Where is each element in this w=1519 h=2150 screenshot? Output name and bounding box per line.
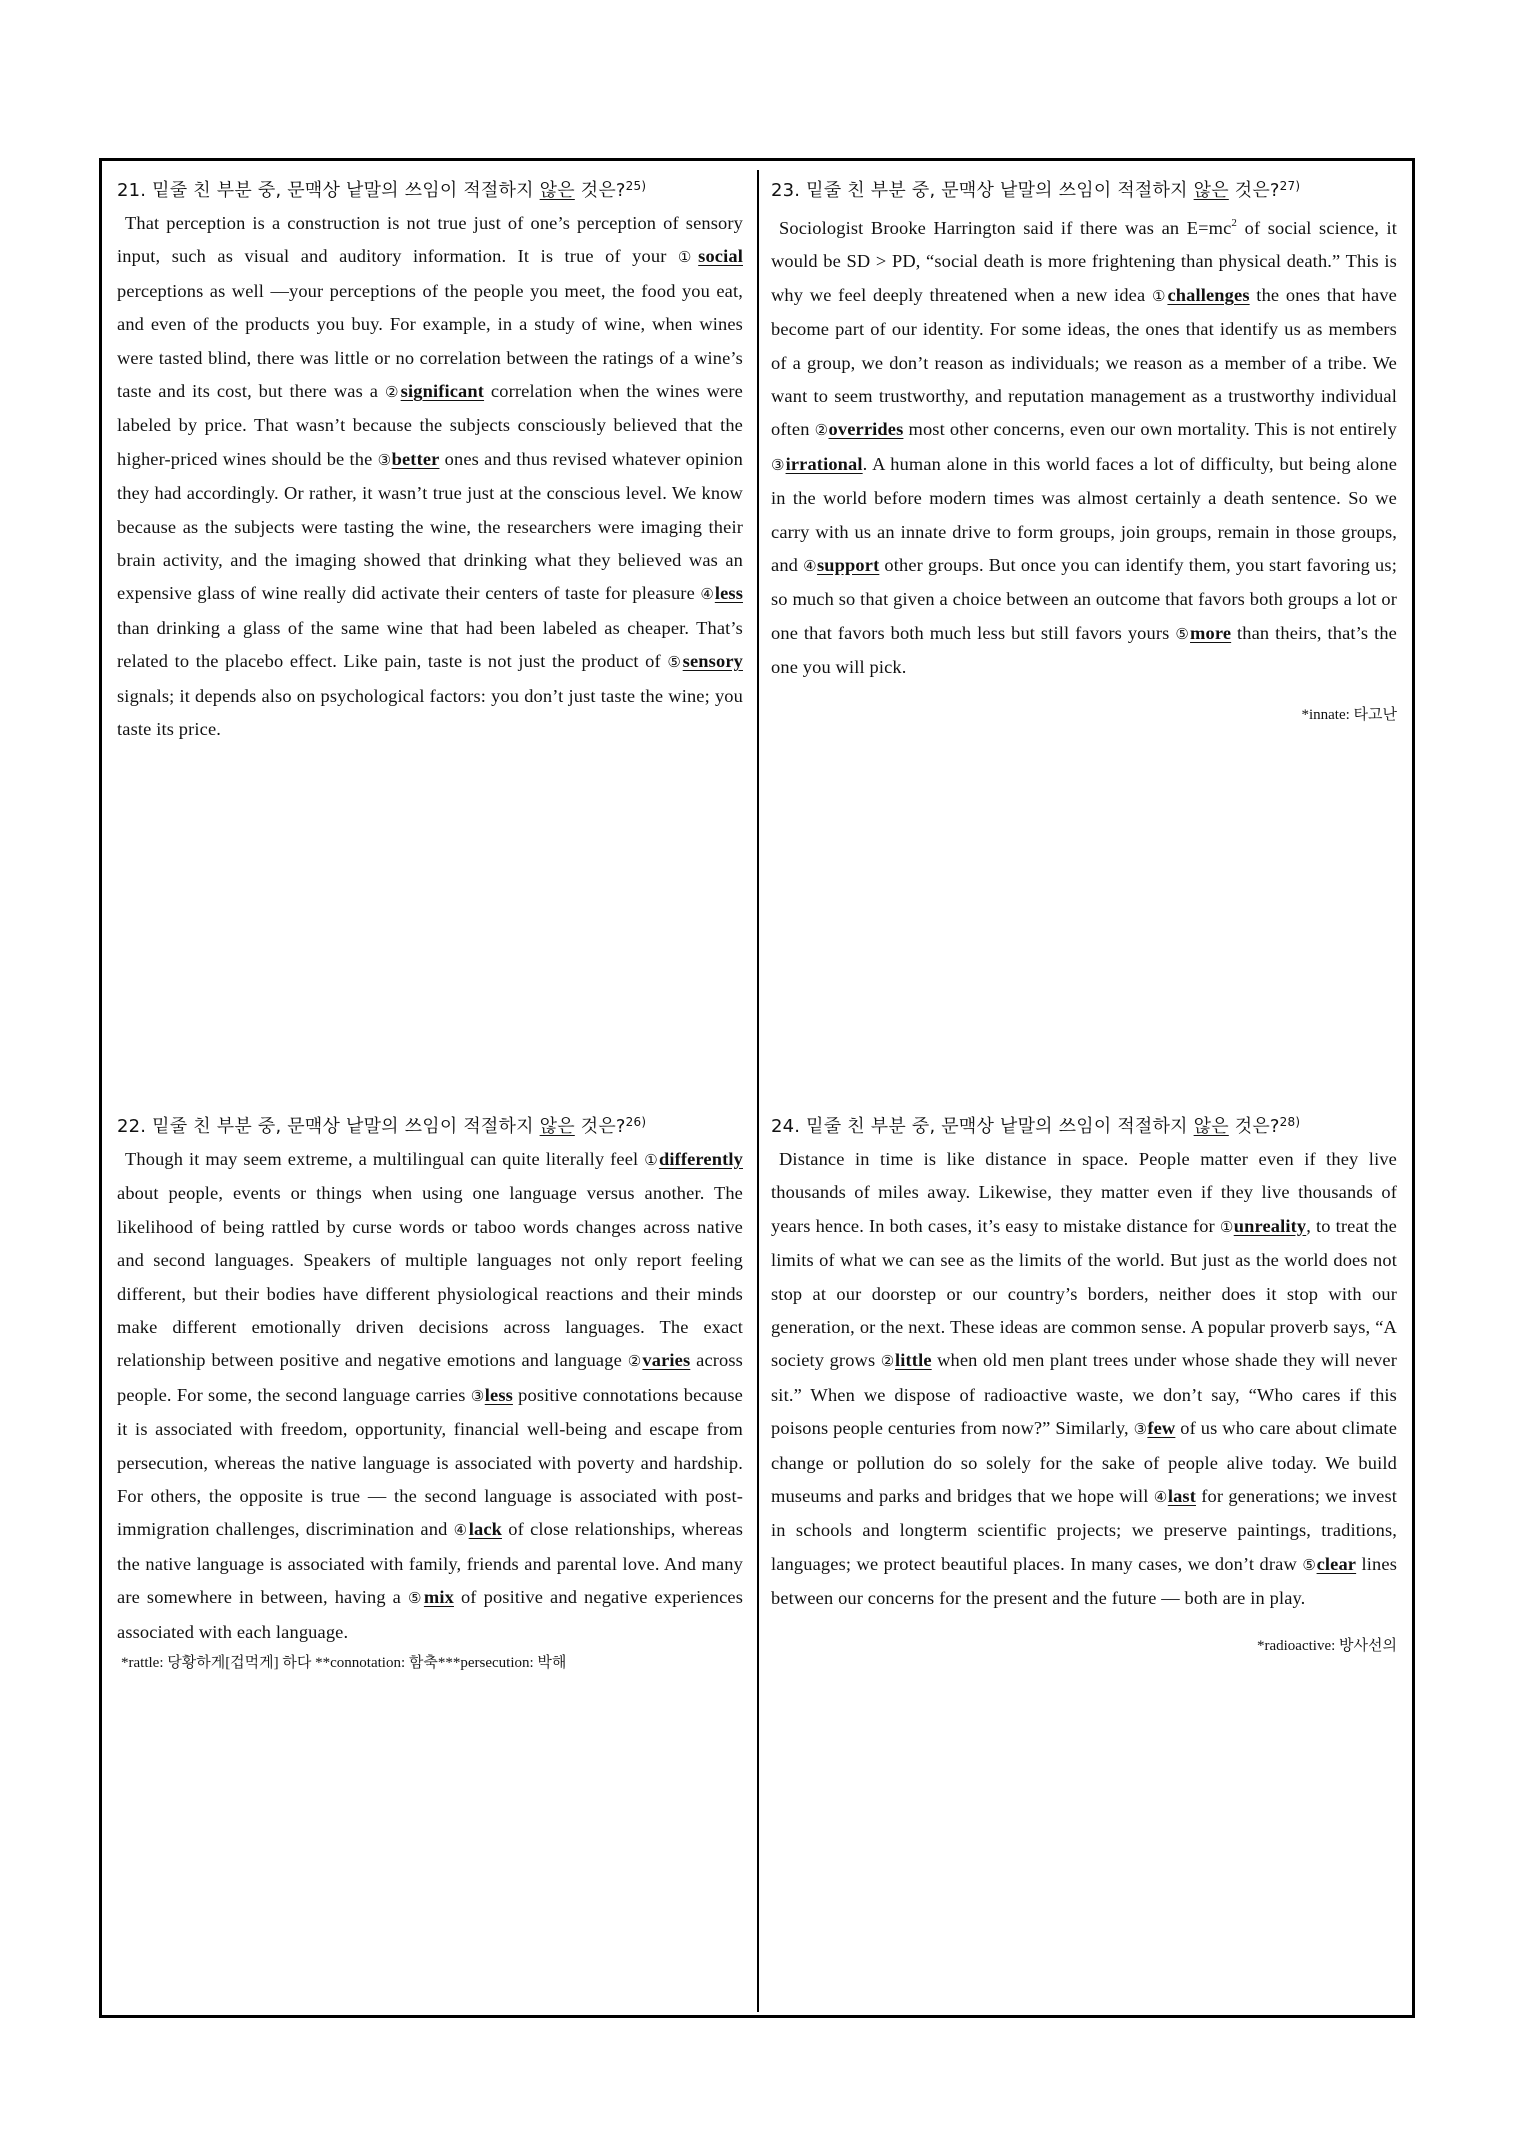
answer-choice: ⑤more [1175,623,1231,643]
passage-text: than drinking a glass of the same wine t… [117,618,743,671]
underlined-word: challenges [1167,285,1249,305]
vocab-footnote: *radioactive: 방사선의 [771,1634,1397,1655]
choice-number: ③ [471,1387,485,1405]
choice-number: ⑤ [408,1589,424,1607]
underlined-word: lack [469,1519,502,1539]
footnote-ref: 25) [626,179,647,193]
negation-word: 않은 [540,1116,575,1137]
passage-text: most other concerns, even our own mortal… [903,419,1397,439]
question-22: 22. 밑줄 친 부분 중, 문맥상 낱말의 쓰임이 적절하지 않은 것은?26… [117,1106,743,1675]
choice-number: ③ [771,456,786,474]
choice-number: ② [385,383,401,401]
question-prompt-end: 것은? [575,180,626,201]
question-number: 22. [117,1116,146,1137]
passage-text: , to treat the limits of what we can see… [771,1216,1397,1371]
question-prompt: 밑줄 친 부분 중, 문맥상 낱말의 쓰임이 적절하지 [806,1116,1193,1137]
vocab-footnote: *rattle: 당황하게[겁먹게] 하다 **connotation: 함축*… [117,1651,743,1675]
negation-word: 않은 [540,180,575,201]
question-24: 24. 밑줄 친 부분 중, 문맥상 낱말의 쓰임이 적절하지 않은 것은?28… [771,1106,1397,1655]
choice-number: ① [644,1151,659,1169]
underlined-word: support [817,555,879,575]
answer-choice: ②little [881,1350,932,1370]
answer-choice: ③less [471,1385,513,1405]
answer-choice: ③irrational [771,454,863,474]
choice-number: ③ [378,451,392,469]
question-prompt: 밑줄 친 부분 중, 문맥상 낱말의 쓰임이 적절하지 [152,180,539,201]
underlined-word: less [485,1385,513,1405]
answer-choice: ①unreality [1220,1216,1306,1236]
question-prompt: 밑줄 친 부분 중, 문맥상 낱말의 쓰임이 적절하지 [152,1116,539,1137]
choice-number: ① [678,248,698,266]
answer-choice: ②overrides [815,419,904,439]
passage-text: That perception is a construction is not… [117,213,743,266]
answer-choice: ④lack [454,1519,502,1539]
footnote-ref: 26) [626,1115,647,1129]
answer-choice: ③better [378,449,440,469]
underlined-word: social [698,246,743,266]
question-23: 23. 밑줄 친 부분 중, 문맥상 낱말의 쓰임이 적절하지 않은 것은?27… [771,170,1397,724]
underlined-word: sensory [683,651,743,671]
answer-choice: ④less [700,583,743,603]
passage: Though it may seem extreme, a multilingu… [117,1143,743,1649]
underlined-word: little [895,1350,932,1370]
choice-number: ⑤ [1302,1556,1316,1574]
underlined-word: last [1168,1486,1196,1506]
question-number: 24. [771,1116,800,1137]
answer-choice: ①challenges [1152,285,1250,305]
choice-number: ④ [700,585,714,603]
underlined-word: overrides [829,419,904,439]
underlined-word: differently [659,1149,743,1169]
underlined-word: better [392,449,440,469]
choice-number: ② [881,1352,895,1370]
underlined-word: varies [642,1350,690,1370]
vocab-footnote: *innate: 타고난 [771,703,1397,724]
underlined-word: irrational [786,454,863,474]
question-prompt: 밑줄 친 부분 중, 문맥상 낱말의 쓰임이 적절하지 [806,180,1193,201]
underlined-word: significant [401,381,484,401]
question-prompt-end: 것은? [575,1116,626,1137]
question-number: 21. [117,180,146,201]
answer-choice: ⑤sensory [667,651,743,671]
negation-word: 않은 [1194,180,1229,201]
underlined-word: more [1190,623,1231,643]
choice-number: ④ [1154,1488,1168,1506]
answer-choice: ④support [803,555,879,575]
question-21: 21. 밑줄 친 부분 중, 문맥상 낱말의 쓰임이 적절하지 않은 것은?25… [117,170,743,765]
negation-word: 않은 [1194,1116,1229,1137]
column-divider [757,170,759,2012]
question-header: 22. 밑줄 친 부분 중, 문맥상 낱말의 쓰임이 적절하지 않은 것은?26… [117,1106,743,1143]
question-header: 21. 밑줄 친 부분 중, 문맥상 낱말의 쓰임이 적절하지 않은 것은?25… [117,170,743,207]
underlined-word: less [715,583,743,603]
question-number: 23. [771,180,800,201]
answer-choice: ④last [1154,1486,1196,1506]
answer-choice: ③few [1134,1418,1176,1438]
passage: Distance in time is like distance in spa… [771,1143,1397,1616]
underlined-word: unreality [1234,1216,1307,1236]
passage-text: ones and thus revised whatever opinion t… [117,449,743,604]
passage-text: Sociologist Brooke Harrington said if th… [779,218,1231,238]
choice-number: ④ [454,1521,469,1539]
question-header: 23. 밑줄 친 부분 중, 문맥상 낱말의 쓰임이 적절하지 않은 것은?27… [771,170,1397,207]
passage-text: about people, events or things when usin… [117,1183,743,1370]
choice-number: ④ [803,557,817,575]
answer-choice: ⑤mix [408,1587,454,1607]
choice-number: ① [1152,287,1168,305]
answer-choice: ①differently [644,1149,743,1169]
answer-choice: ⑤clear [1302,1554,1356,1574]
choice-number: ② [628,1352,643,1370]
passage-text: Though it may seem extreme, a multilingu… [125,1149,644,1169]
passage-text: signals; it depends also on psychologica… [117,686,743,739]
choice-number: ⑤ [1175,625,1190,643]
answer-choice: ②varies [628,1350,691,1370]
choice-number: ⑤ [667,653,682,671]
choice-number: ① [1220,1218,1234,1236]
question-header: 24. 밑줄 친 부분 중, 문맥상 낱말의 쓰임이 적절하지 않은 것은?28… [771,1106,1397,1143]
underlined-word: mix [424,1587,454,1607]
answer-choice: ①social [678,246,743,266]
passage-text: positive connotations because it is asso… [117,1385,743,1540]
passage: Sociologist Brooke Harrington said if th… [771,207,1397,685]
passage-text: the ones that have become part of our id… [771,285,1397,440]
choice-number: ③ [1134,1420,1148,1438]
passage: That perception is a construction is not… [117,207,743,747]
question-prompt-end: 것은? [1229,1116,1280,1137]
question-prompt-end: 것은? [1229,180,1280,201]
choice-number: ② [815,421,829,439]
answer-choice: ②significant [385,381,484,401]
underlined-word: few [1147,1418,1175,1438]
footnote-ref: 27) [1280,179,1301,193]
footnote-ref: 28) [1280,1115,1301,1129]
underlined-word: clear [1317,1554,1357,1574]
